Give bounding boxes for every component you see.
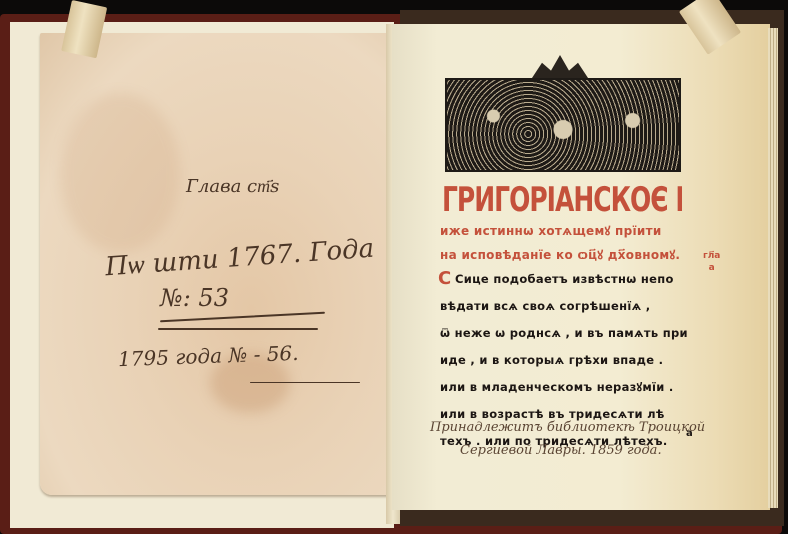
margin-note: гл҃а а: [703, 250, 720, 274]
body-line-6: или в возрастѣ въ тридесѧти лѣ: [440, 407, 665, 421]
body-line-1: Сице подобаетъ извѣстнѡ непо: [455, 272, 674, 286]
headpiece-ornament-icon: [445, 78, 681, 172]
margin-note-line: гл҃а: [703, 250, 720, 262]
margin-note-line: а: [703, 262, 720, 274]
body-line-5: или в младенческомъ неразꙋмїи .: [440, 380, 674, 395]
red-line-2: на исповѣданїе ко ѻц҃ꙋ дх҃овномꙋ.: [440, 246, 680, 263]
ink-underline: [250, 382, 360, 383]
page-edges: [768, 28, 778, 508]
signature-mark: а: [686, 428, 693, 439]
inscription-glava: Глава ст҃ѕ: [186, 176, 279, 197]
ink-underline: [158, 328, 318, 330]
body-line-4: иде , и в которыѧ грѣхи впаде .: [440, 353, 663, 367]
body-line-3: ѿ неже ѡ роднсѧ , и въ памѧть при: [440, 326, 688, 340]
library-stamp-line-2: Сергиевой Лавры. 1859 года.: [460, 443, 662, 458]
red-title: ГРИГОРІАНСКОЄ ИЗЛОЖЕНІЕ: [442, 180, 682, 219]
body-line-2: вѣдати всѧ своѧ согрѣшенїѧ ,: [440, 299, 650, 313]
red-line-1: иже истиннѡ хотѧщемꙋ прїити: [440, 222, 662, 239]
drop-initial: С: [438, 268, 452, 289]
inscription-number: №: 53: [160, 284, 229, 312]
library-stamp-line-1: Принадлежитъ библиотекѣ Троицкой: [430, 420, 705, 435]
water-stain: [60, 93, 180, 253]
